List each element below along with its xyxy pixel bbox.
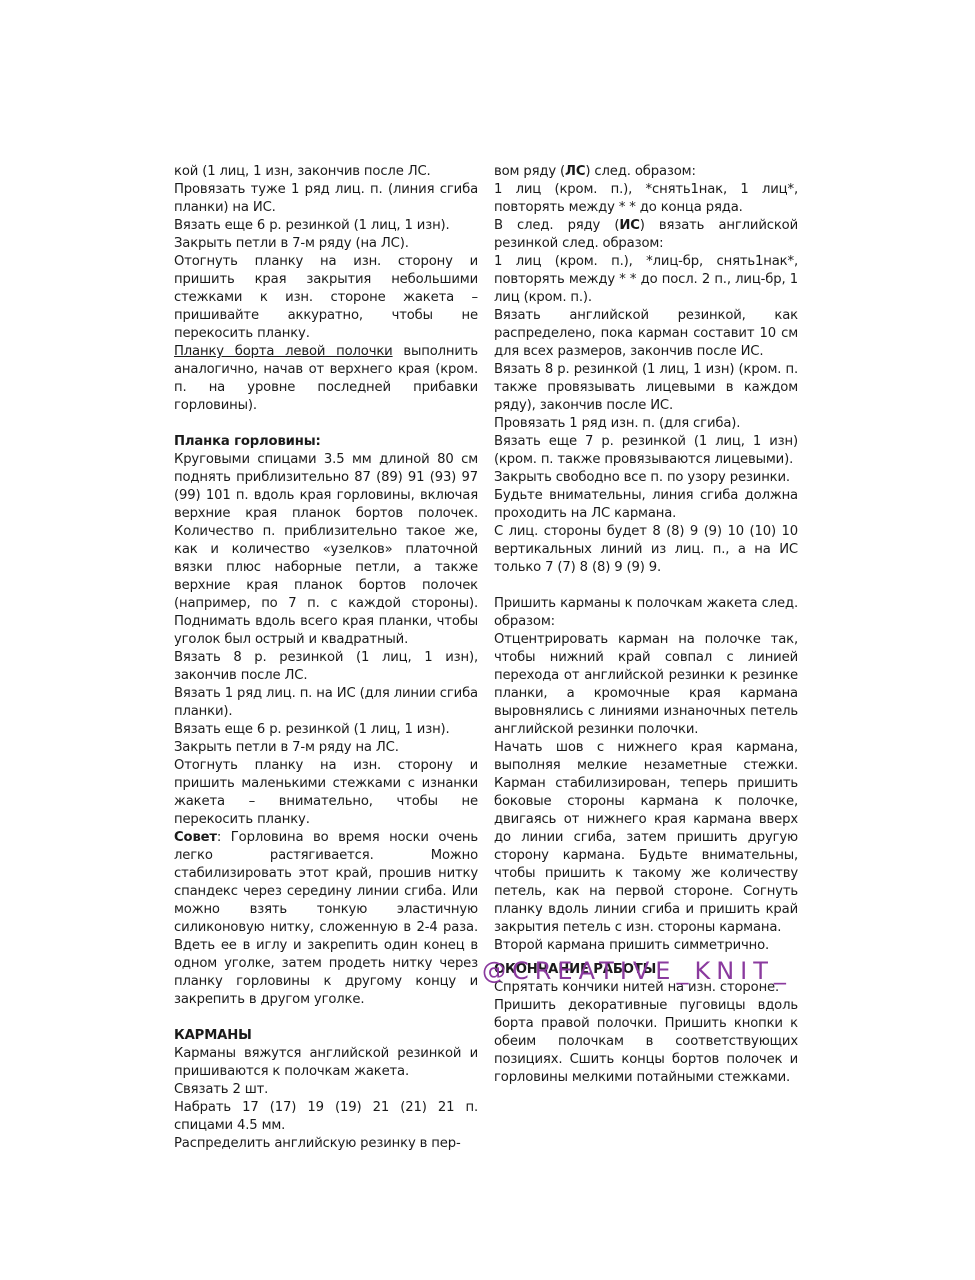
paragraph: Закрыть свободно все п. по узору резинки…: [494, 469, 798, 487]
paragraph: Второй кармана пришить симметрично.: [494, 937, 798, 955]
paragraph: Вязать еще 6 р. резинкой (1 лиц, 1 изн).: [174, 721, 478, 739]
paragraph: Отцентрировать карман на полочке так, чт…: [494, 631, 798, 739]
paragraph: Пришить декоративные пуговицы вдоль борт…: [494, 997, 798, 1087]
paragraph: Закрыть петли в 7-м ряду (на ЛС).: [174, 235, 478, 253]
paragraph: Вязать английской резинкой, как распреде…: [494, 307, 798, 361]
paragraph: Круговыми спицами 3.5 мм длиной 80 см по…: [174, 451, 478, 649]
paragraph: Вязать 1 ряд лиц. п. на ИС (для линии сг…: [174, 685, 478, 721]
paragraph: Отогнуть планку на изн. сторону и пришит…: [174, 757, 478, 829]
text: В след. ряду (: [494, 218, 619, 233]
paragraph: Вязать еще 6 р. резинкой (1 лиц, 1 изн).: [174, 217, 478, 235]
paragraph: Провязать 1 ряд изн. п. (для сгиба).: [494, 415, 798, 433]
spacer: [494, 577, 798, 595]
paragraph: Связать 2 шт.: [174, 1081, 478, 1099]
paragraph: В след. ряду (ИС) вязать английской рези…: [494, 217, 798, 253]
paragraph: Закрыть петли в 7-м ряду на ЛС.: [174, 739, 478, 757]
underlined-phrase: Планку борта левой полочки: [174, 344, 393, 359]
spacer: [174, 415, 478, 433]
paragraph: вом ряду (ЛС) след. образом:: [494, 163, 798, 181]
paragraph: Распределить английскую резинку в пер-: [174, 1135, 478, 1153]
section-heading-pockets: КАРМАНЫ: [174, 1027, 478, 1045]
paragraph: Набрать 17 (17) 19 (19) 21 (21) 21 п. сп…: [174, 1099, 478, 1135]
left-column: кой (1 лиц, 1 изн, закончив после ЛС. Пр…: [174, 163, 478, 1153]
paragraph: Будьте внимательны, линия сгиба должна п…: [494, 487, 798, 523]
watermark: @CREATIVE_KNIT_: [482, 957, 792, 985]
tip-paragraph: Совет: Горловина во время носки очень ле…: [174, 829, 478, 1009]
paragraph: Начать шов с нижнего края кармана, выпол…: [494, 739, 798, 937]
tip-text: : Горловина во время носки очень легко р…: [174, 830, 478, 1007]
paragraph: Вязать еще 7 р. резинкой (1 лиц, 1 изн) …: [494, 433, 798, 469]
text: ) след. образом:: [585, 164, 695, 179]
spacer: [174, 1009, 478, 1027]
paragraph: 1 лиц (кром. п.), *лиц-бр, снять1нак*, п…: [494, 253, 798, 307]
section-heading-neckband: Планка горловины:: [174, 433, 478, 451]
paragraph: Отогнуть планку на изн. сторону и пришит…: [174, 253, 478, 343]
paragraph: 1 лиц (кром. п.), *снять1нак, 1 лиц*, по…: [494, 181, 798, 217]
tip-label: Совет: [174, 830, 217, 845]
bold-abbrev: ИС: [619, 218, 639, 233]
text: вом ряду (: [494, 164, 565, 179]
bold-abbrev: ЛС: [565, 164, 585, 179]
paragraph: С лиц. стороны будет 8 (8) 9 (9) 10 (10)…: [494, 523, 798, 577]
paragraph: Провязать туже 1 ряд лиц. п. (линия сгиб…: [174, 181, 478, 217]
paragraph: Карманы вяжутся английской резинкой и пр…: [174, 1045, 478, 1081]
left-band-paragraph: Планку борта левой полочки выполнить ана…: [174, 343, 478, 415]
paragraph: Пришить карманы к полочкам жакета след. …: [494, 595, 798, 631]
paragraph: Вязать 8 р. резинкой (1 лиц, 1 изн) (кро…: [494, 361, 798, 415]
right-column: вом ряду (ЛС) след. образом: 1 лиц (кром…: [494, 163, 798, 1087]
paragraph: Вязать 8 р. резинкой (1 лиц, 1 изн), зак…: [174, 649, 478, 685]
paragraph: кой (1 лиц, 1 изн, закончив после ЛС.: [174, 163, 478, 181]
